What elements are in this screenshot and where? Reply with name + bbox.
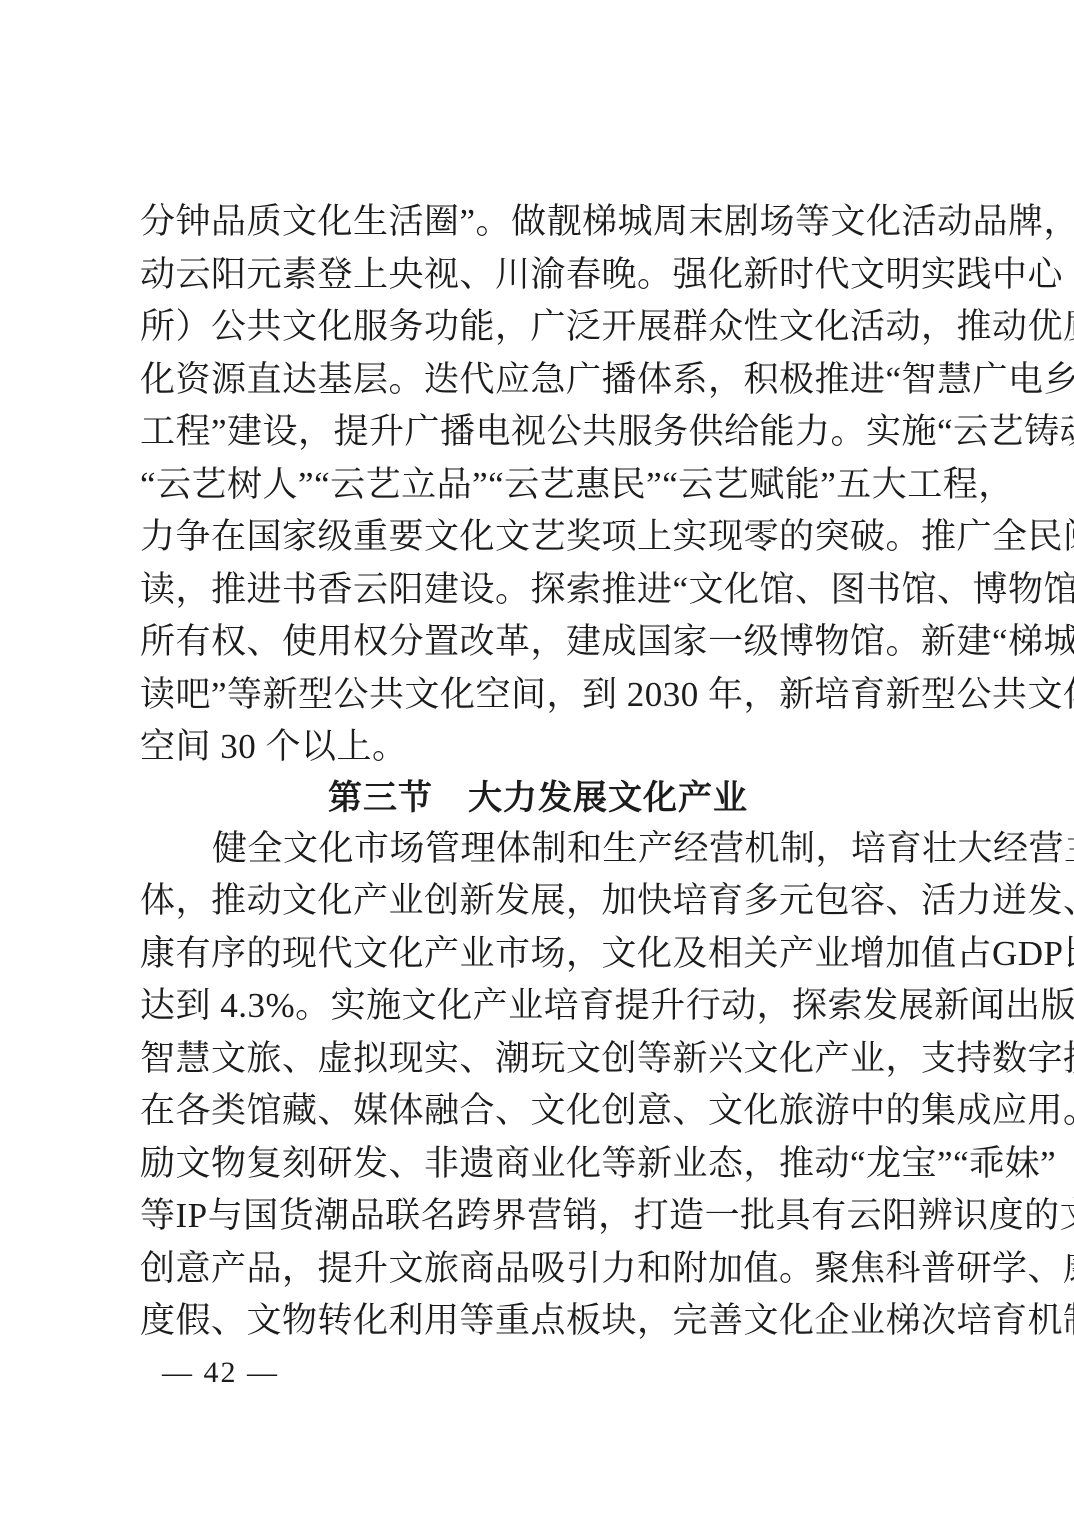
text-line: 动云阳元素登上央视、川渝春晚。强化新时代文明实践中心（站、 xyxy=(140,249,936,302)
document-page: 分钟品质文化生活圈”。做靓梯城周末剧场等文化活动品牌，推 动云阳元素登上央视、川… xyxy=(0,0,1074,1520)
text-line: 工程”建设，提升广播电视公共服务供给能力。实施“云艺铸魂” xyxy=(140,406,936,459)
text-line: 在各类馆藏、媒体融合、文化创意、文化旅游中的集成应用。鼓 xyxy=(140,1085,936,1138)
page-number: — 42 — xyxy=(162,1352,279,1394)
text-line: 空间 30 个以上。 xyxy=(140,721,936,774)
section-heading: 第三节 大力发展文化产业 xyxy=(140,774,936,823)
text-line: 康有序的现代文化产业市场，文化及相关产业增加值占GDP比重 xyxy=(140,928,936,981)
text-line: 所）公共文化服务功能，广泛开展群众性文化活动，推动优质文 xyxy=(140,301,936,354)
text-line: 度假、文物转化利用等重点板块，完善文化企业梯次培育机制， xyxy=(140,1295,936,1348)
paragraph-1: 分钟品质文化生活圈”。做靓梯城周末剧场等文化活动品牌，推 动云阳元素登上央视、川… xyxy=(140,196,936,774)
text-line: 所有权、使用权分置改革，建成国家一级博物馆。新建“梯城·悦 xyxy=(140,616,936,669)
text-line: “云艺树人”“云艺立品”“云艺惠民”“云艺赋能”五大工程， xyxy=(140,459,936,512)
text-line: 励文物复刻研发、非遗商业化等新业态，推动“龙宝”“乖妹” xyxy=(140,1138,936,1191)
text-line: 达到 4.3%。实施文化产业培育提升行动，探索发展新闻出版、 xyxy=(140,980,936,1033)
text-line: 读吧”等新型公共文化空间，到 2030 年，新培育新型公共文化 xyxy=(140,669,936,722)
text-line: 体，推动文化产业创新发展，加快培育多元包容、活力迸发、健 xyxy=(140,875,936,928)
page-content: 分钟品质文化生活圈”。做靓梯城周末剧场等文化活动品牌，推 动云阳元素登上央视、川… xyxy=(140,196,936,1348)
text-line: 创意产品，提升文旅商品吸引力和附加值。聚焦科普研学、康养 xyxy=(140,1243,936,1296)
text-line: 智慧文旅、虚拟现实、潮玩文创等新兴文化产业，支持数字技术 xyxy=(140,1033,936,1086)
text-line: 读，推进书香云阳建设。探索推进“文化馆、图书馆、博物馆” xyxy=(140,564,936,617)
text-line: 化资源直达基层。迭代应急广播体系，积极推进“智慧广电乡村 xyxy=(140,354,936,407)
text-line: 分钟品质文化生活圈”。做靓梯城周末剧场等文化活动品牌，推 xyxy=(140,196,936,249)
paragraph-2: 健全文化市场管理体制和生产经营机制，培育壮大经营主 体，推动文化产业创新发展，加… xyxy=(140,823,936,1348)
text-line: 等IP与国货潮品联名跨界营销，打造一批具有云阳辨识度的文化 xyxy=(140,1190,936,1243)
text-line: 健全文化市场管理体制和生产经营机制，培育壮大经营主 xyxy=(140,823,936,876)
text-line: 力争在国家级重要文化文艺奖项上实现零的突破。推广全民阅 xyxy=(140,511,936,564)
